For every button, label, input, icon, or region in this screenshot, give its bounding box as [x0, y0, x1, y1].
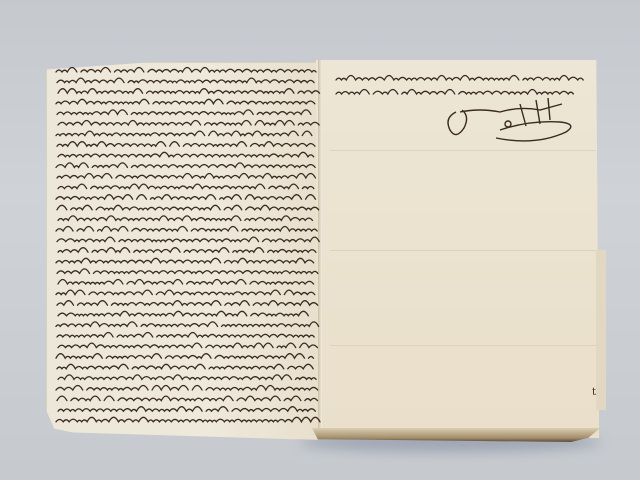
handwritten-line	[56, 258, 314, 263]
handwritten-line	[57, 174, 319, 179]
handwritten-line	[336, 76, 583, 81]
handwritten-line	[56, 386, 318, 391]
handwritten-line	[57, 142, 315, 147]
handwritten-line	[56, 131, 316, 136]
handwritten-line	[58, 407, 315, 412]
signature	[448, 98, 571, 141]
handwritten-line	[56, 163, 315, 168]
handwritten-line	[56, 227, 317, 232]
handwritten-line	[58, 152, 314, 157]
handwritten-line	[56, 322, 319, 327]
handwritten-line	[57, 205, 319, 210]
handwritten-line	[58, 280, 314, 285]
handwritten-line	[56, 99, 315, 104]
handwritten-line	[336, 90, 573, 95]
handwritten-line	[56, 290, 315, 295]
handwritten-line	[58, 311, 312, 316]
handwritten-line	[58, 184, 314, 189]
handwritten-line	[57, 237, 319, 242]
handwriting-layer: t	[0, 0, 640, 480]
handwritten-line	[58, 248, 316, 253]
handwritten-line	[58, 375, 316, 380]
handwritten-line	[57, 333, 314, 338]
margin-mark: t	[592, 387, 596, 398]
handwritten-line	[58, 121, 319, 126]
handwritten-line	[57, 110, 315, 115]
handwritten-line	[56, 354, 313, 359]
handwritten-line	[57, 269, 318, 274]
handwritten-line	[56, 417, 320, 422]
handwritten-line	[56, 195, 319, 200]
handwritten-line	[58, 89, 320, 94]
handwritten-line	[56, 68, 316, 73]
handwritten-line	[57, 396, 317, 401]
handwritten-line	[58, 216, 312, 221]
handwritten-line	[58, 343, 317, 348]
handwritten-line	[57, 301, 318, 306]
handwritten-line	[57, 364, 317, 369]
handwritten-line	[57, 78, 314, 83]
